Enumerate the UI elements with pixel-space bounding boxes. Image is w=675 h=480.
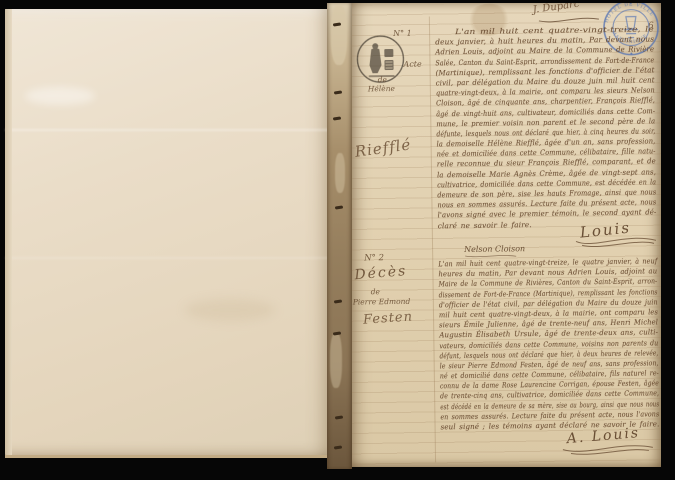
binding-stitch (334, 90, 342, 94)
act1-margin-word: de (378, 75, 387, 84)
binding-stitch (333, 116, 341, 120)
binding-stitch (333, 331, 341, 335)
act1-margin-number: N° 1 (393, 29, 412, 38)
binding-stitch (335, 205, 343, 209)
act2-margin-word: de (371, 287, 380, 296)
standing-figure-emblem (368, 43, 394, 77)
book-spine-gutter (327, 3, 352, 469)
act1-margin-word: Hélène (368, 84, 395, 93)
binding-stitch (335, 415, 343, 419)
paper-blotch (25, 87, 95, 105)
page-edge (5, 9, 12, 455)
binding-stitch (334, 299, 342, 303)
manuscript-page: J. Duparc 6 HOTEL DE VILLE MARTINI (352, 3, 661, 467)
paper-crease (5, 129, 329, 131)
handwriting-line: claré ne savoir le faire. (438, 220, 532, 231)
signature-flourish (574, 232, 660, 249)
page-stack-edge (5, 455, 329, 458)
act2-margin-word: Pierre Edmond (353, 297, 411, 307)
left-blank-page (5, 9, 329, 455)
paper-crease (5, 257, 329, 259)
scanned-register-photo: J. Duparc 6 HOTEL DE VILLE MARTINI (0, 0, 675, 480)
paper-blotch (185, 299, 275, 321)
act1-margin-word: Acte (403, 60, 421, 69)
act2-margin-number: N° 2 (364, 253, 384, 263)
act2-body: L'an mil huit cent quatre-vingt-treize, … (438, 255, 661, 432)
signature-flourish (537, 14, 601, 25)
act1-body: L'an mil huit cent quatre-vingt-treize, … (435, 24, 661, 231)
signature-flourish (561, 440, 657, 457)
binding-stitch (334, 445, 342, 449)
